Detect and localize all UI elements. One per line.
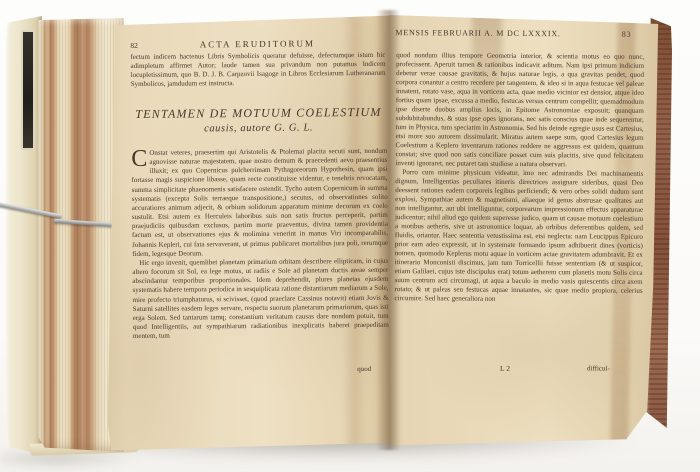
right-paragraph-2: Porro cum minime physicum videatur, imo … — [394, 168, 643, 305]
left-paragraph-1: COnstat veteres, praesertim qui Aristote… — [131, 147, 388, 259]
left-page-body: COnstat veteres, praesertim qui Aristote… — [131, 147, 389, 377]
article-title-line1: TENTAMEN DE MOTUUM COELESTIUM — [131, 105, 386, 122]
right-catchword: difficul- — [587, 364, 610, 372]
left-running-header: 82 ACTA ERUDITORUM — [130, 38, 384, 52]
previous-article-fragment: fectum indicem hactenus Libris Symbolici… — [130, 51, 385, 89]
left-catchword: quod — [357, 365, 371, 373]
left-page: 82 ACTA ERUDITORUM fectum indicem hacten… — [106, 12, 394, 454]
right-page-body: quod nondum illius tempore Geometria int… — [394, 51, 644, 359]
left-paragraph-2: Hic ergo invenit, quemlibet planetam pri… — [132, 257, 389, 342]
right-paragraph-1: quod nondum illius tempore Geometria int… — [395, 51, 644, 170]
right-running-header: MENSIS FEBRUARII A. M DC LXXXIX. 83 — [395, 28, 631, 39]
article-title-line2: causis, autore G. G. L. — [131, 122, 386, 135]
left-page-number: 82 — [130, 41, 138, 50]
right-month-header: MENSIS FEBRUARII A. M DC LXXXIX. — [395, 28, 560, 38]
right-page-content: MENSIS FEBRUARII A. M DC LXXXIX. 83 quod… — [386, 7, 663, 449]
drop-cap: C — [131, 149, 149, 169]
left-paragraph-1-text: Onstat veteres, praesertim qui Aristotel… — [132, 147, 389, 258]
left-journal-title: ACTA ERUDITORUM — [200, 38, 315, 49]
spine-label — [21, 30, 35, 150]
right-page-number: 83 — [622, 30, 632, 39]
gutter-shadow — [376, 10, 400, 450]
book-photograph: 82 ACTA ERUDITORUM fectum indicem hacten… — [0, 0, 700, 472]
right-page: MENSIS FEBRUARII A. M DC LXXXIX. 83 quod… — [388, 8, 662, 448]
left-page-content: 82 ACTA ERUDITORUM fectum indicem hacten… — [104, 11, 396, 455]
